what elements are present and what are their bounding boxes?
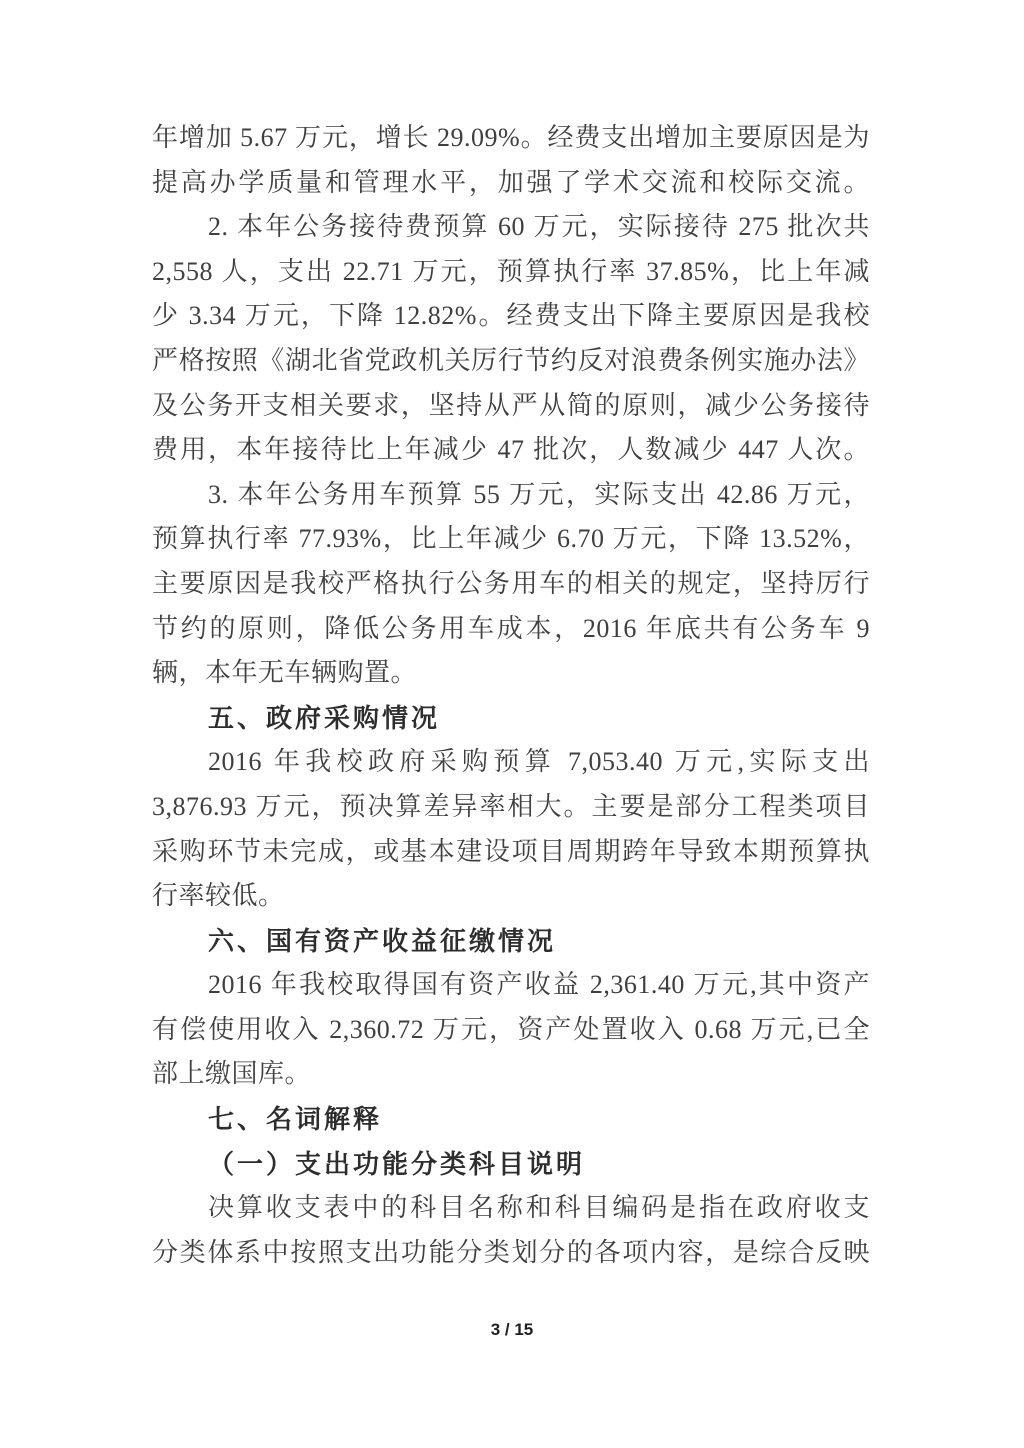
text-line: 五、政府采购情况 (152, 696, 870, 741)
text-line: 部上缴国库。 (152, 1052, 870, 1097)
text-line: 有偿使用收入 2,360.72 万元，资产处置收入 0.68 万元,已全 (152, 1008, 870, 1053)
text-line: 2016 年我校取得国有资产收益 2,361.40 万元,其中资产 (152, 963, 870, 1008)
text-line: 及公务开支相关要求，坚持从严从简的原则，减少公务接待 (152, 384, 870, 429)
document-page: { "page": { "footer": "3 / 15", "lines":… (0, 0, 1024, 1448)
text-line: 采购环节未完成，或基本建设项目周期跨年导致本期预算执 (152, 830, 870, 875)
text-line: 辆，本年无车辆购置。 (152, 651, 870, 696)
text-line: 七、名词解释 (152, 1097, 870, 1142)
text-line: 主要原因是我校严格执行公务用车的相关的规定，坚持厉行 (152, 562, 870, 607)
text-line: 年增加 5.67 万元，增长 29.09%。经费支出增加主要原因是为 (152, 116, 870, 161)
document-body: 年增加 5.67 万元，增长 29.09%。经费支出增加主要原因是为 提高办学质… (152, 116, 870, 1275)
text-line: 预算执行率 77.93%，比上年减少 6.70 万元，下降 13.52%， (152, 517, 870, 562)
text-line: 决算收支表中的科目名称和科目编码是指在政府收支 (152, 1186, 870, 1231)
text-line: （一）支出功能分类科目说明 (152, 1142, 870, 1187)
text-line: 提高办学质量和管理水平，加强了学术交流和校际交流。 (152, 161, 870, 206)
text-line: 分类体系中按照支出功能分类划分的各项内容，是综合反映 (152, 1231, 870, 1276)
text-line: 3,876.93 万元，预决算差异率相大。主要是部分工程类项目 (152, 785, 870, 830)
text-line: 少 3.34 万元，下降 12.82%。经费支出下降主要原因是我校 (152, 294, 870, 339)
text-line: 2016 年我校政府采购预算 7,053.40 万元,实际支出 (152, 740, 870, 785)
text-line: 行率较低。 (152, 874, 870, 919)
text-line: 3. 本年公务用车预算 55 万元，实际支出 42.86 万元， (152, 473, 870, 518)
text-line: 2. 本年公务接待费预算 60 万元，实际接待 275 批次共 (152, 205, 870, 250)
page-number: 3 / 15 (0, 1320, 1024, 1340)
text-line: 严格按照《湖北省党政机关厉行节约反对浪费条例实施办法》 (152, 339, 870, 384)
text-line: 节约的原则，降低公务用车成本，2016 年底共有公务车 9 (152, 607, 870, 652)
text-line: 费用，本年接待比上年减少 47 批次，人数减少 447 人次。 (152, 428, 870, 473)
text-line: 六、国有资产收益征缴情况 (152, 919, 870, 964)
text-line: 2,558 人，支出 22.71 万元，预算执行率 37.85%，比上年减 (152, 250, 870, 295)
